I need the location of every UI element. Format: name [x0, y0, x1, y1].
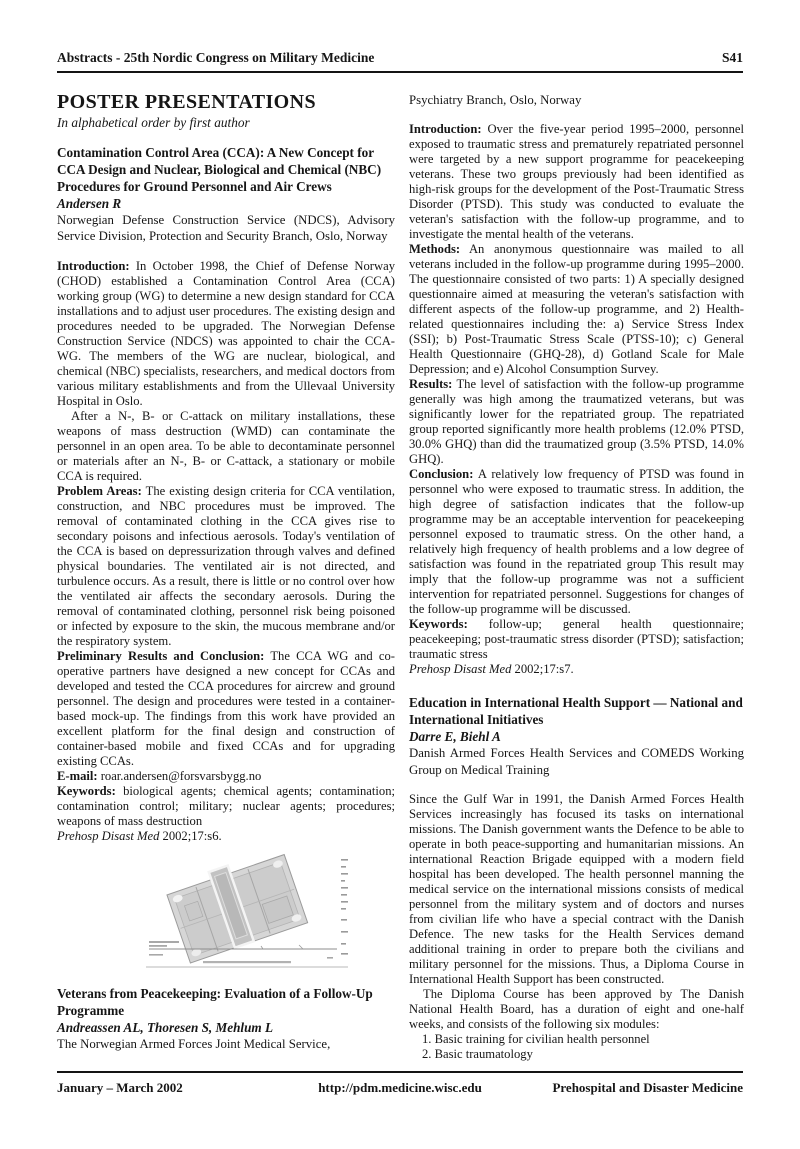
citation-ref: 2002;17:s6.: [159, 829, 221, 843]
abstract-3-affiliation: Danish Armed Forces Health Services and …: [409, 745, 744, 778]
paragraph-label: Conclusion:: [409, 467, 473, 481]
module-list: 1. Basic training for civilian health pe…: [409, 1032, 744, 1062]
paragraph-label: Problem Areas:: [57, 484, 142, 498]
footer-issue: January – March 2002: [57, 1080, 265, 1096]
container-drawing-icon: [141, 853, 356, 975]
module-item-1: 1. Basic training for civilian health pe…: [409, 1032, 744, 1047]
citation-ref: 2002;17:s7.: [511, 662, 573, 676]
abstract-2-affiliation-part1: The Norwegian Armed Forces Joint Medical…: [57, 1036, 395, 1052]
abstract-2-affiliation-part2: Psychiatry Branch, Oslo, Norway: [409, 92, 744, 108]
running-header-title: Abstracts - 25th Nordic Congress on Mili…: [57, 50, 374, 66]
abstract-3-title: Education in International Health Suppor…: [409, 694, 744, 728]
citation-journal: Prehosp Disast Med: [57, 829, 159, 843]
paragraph-conclusion: Conclusion: A relatively low frequency o…: [409, 467, 744, 617]
paragraph-attack: After a N-, B- or C-attack on military i…: [57, 409, 395, 484]
email-line: E-mail: roar.andersen@forsvarsbygg.no: [57, 769, 395, 784]
abstract-2-title: Veterans from Peacekeeping: Evaluation o…: [57, 985, 395, 1019]
paragraph-problem-areas: Problem Areas: The existing design crite…: [57, 484, 395, 649]
running-footer: January – March 2002 http://pdm.medicine…: [57, 1071, 743, 1096]
footer-url: http://pdm.medicine.wisc.edu: [265, 1080, 535, 1096]
paragraph-introduction: Introduction: In October 1998, the Chief…: [57, 259, 395, 409]
keywords-label: Keywords:: [409, 617, 468, 631]
section-title: POSTER PRESENTATIONS: [57, 90, 395, 114]
paragraph-label: Introduction:: [409, 122, 482, 136]
paragraph-preliminary-results: Preliminary Results and Conclusion: The …: [57, 649, 395, 769]
abstract-2-authors: Andreassen AL, Thoresen S, Mehlum L: [57, 1019, 395, 1036]
abstract-3: Education in International Health Suppor…: [409, 694, 744, 1062]
paragraph-label: Methods:: [409, 242, 460, 256]
citation-journal: Prehosp Disast Med: [409, 662, 511, 676]
right-column: Psychiatry Branch, Oslo, Norway Introduc…: [409, 90, 744, 1062]
paragraph-introduction: Introduction: Over the five-year period …: [409, 122, 744, 242]
abstract-1-affiliation: Norwegian Defense Construction Service (…: [57, 212, 395, 245]
abstract-1-body: Introduction: In October 1998, the Chief…: [57, 259, 395, 844]
keywords-label: Keywords:: [57, 784, 116, 798]
citation: Prehosp Disast Med 2002;17:s6.: [57, 829, 395, 844]
paragraph-results: Results: The level of satisfaction with …: [409, 377, 744, 467]
running-header: Abstracts - 25th Nordic Congress on Mili…: [57, 50, 743, 73]
abstract-1: Contamination Control Area (CCA): A New …: [57, 144, 395, 844]
abstract-1-title: Contamination Control Area (CCA): A New …: [57, 144, 395, 195]
email-label: E-mail:: [57, 769, 98, 783]
keywords-line: Keywords: follow-up; general health ques…: [409, 617, 744, 662]
paragraph-label: Preliminary Results and Conclusion:: [57, 649, 264, 663]
footer-journal: Prehospital and Disaster Medicine: [535, 1080, 743, 1096]
section-subtitle: In alphabetical order by first author: [57, 114, 395, 131]
journal-page: Abstracts - 25th Nordic Congress on Mili…: [0, 0, 800, 1149]
paragraph-diploma-course: The Diploma Course has been approved by …: [409, 987, 744, 1032]
left-column: POSTER PRESENTATIONS In alphabetical ord…: [57, 90, 395, 1052]
abstract-3-authors: Darre E, Biehl A: [409, 728, 744, 745]
abstract-3-body: Since the Gulf War in 1991, the Danish A…: [409, 792, 744, 1062]
paragraph-gulf-war: Since the Gulf War in 1991, the Danish A…: [409, 792, 744, 987]
paragraph-label: Introduction:: [57, 259, 130, 273]
keywords-line: Keywords: biological agents; chemical ag…: [57, 784, 395, 829]
module-item-2: 2. Basic traumatology: [409, 1047, 744, 1062]
abstract-1-authors: Andersen R: [57, 195, 395, 212]
abstract-2-head: Veterans from Peacekeeping: Evaluation o…: [57, 985, 395, 1052]
citation: Prehosp Disast Med 2002;17:s7.: [409, 662, 744, 677]
abstract-2-body: Introduction: Over the five-year period …: [409, 122, 744, 677]
email-address: roar.andersen@forsvarsbygg.no: [98, 769, 262, 783]
cca-mockup-figure: [141, 853, 356, 980]
page-number: S41: [722, 50, 743, 66]
paragraph-label: Results:: [409, 377, 452, 391]
paragraph-methods: Methods: An anonymous questionnaire was …: [409, 242, 744, 377]
